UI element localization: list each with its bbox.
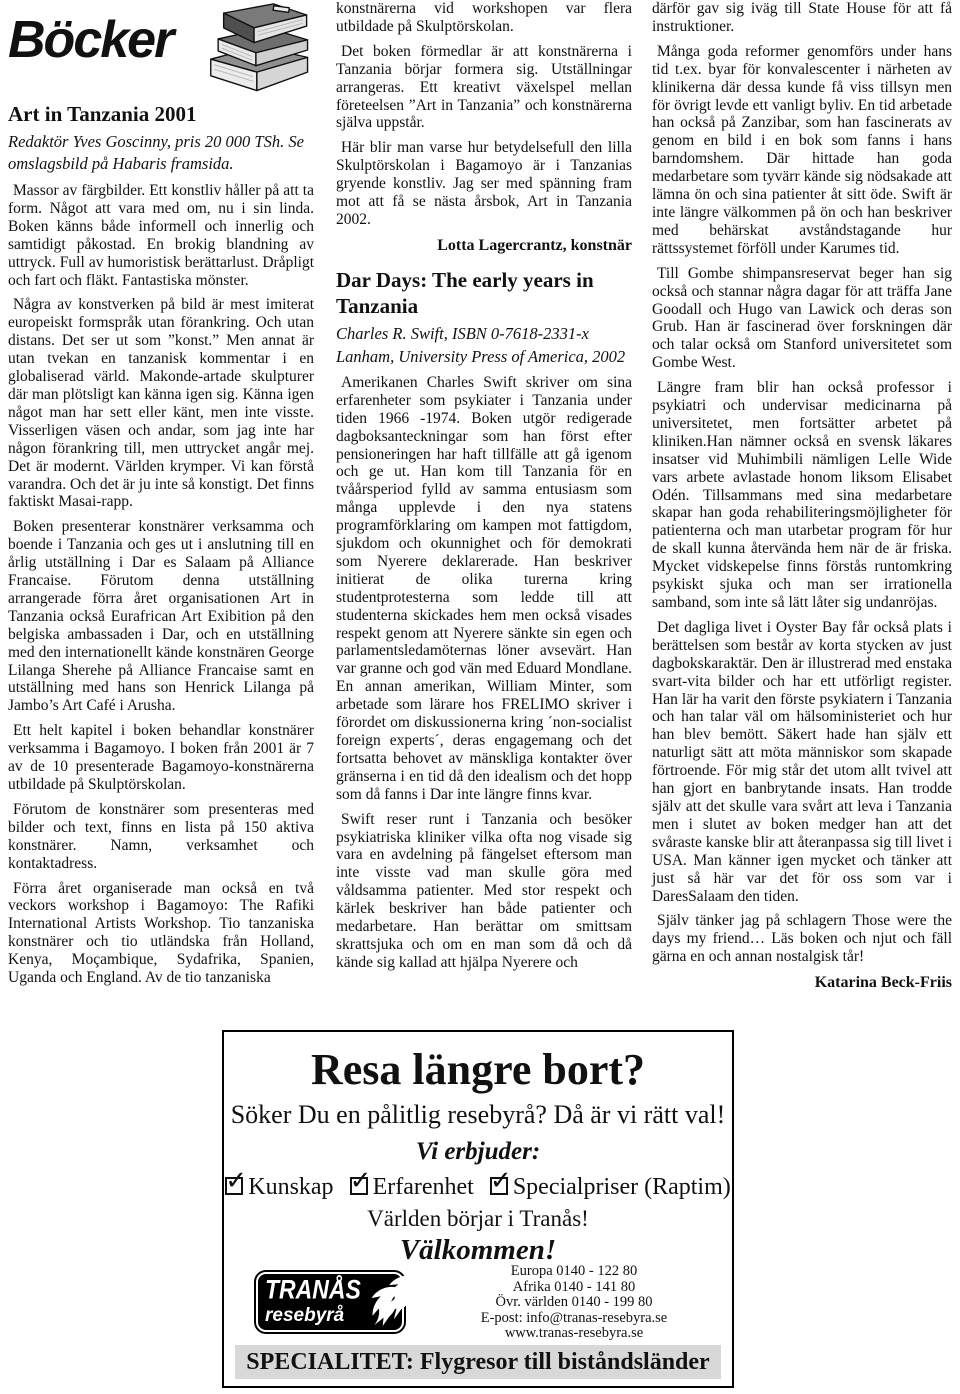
article-paragraph: Förra året organiserade man också en två… <box>8 880 314 987</box>
article-byline-publisher: Lanham, University Press of America, 200… <box>336 345 632 368</box>
article-paragraph: Här blir man varse hur betydelsefull den… <box>336 139 632 229</box>
article-paragraph: Massor av färgbilder. Ett konstliv hålle… <box>8 182 314 289</box>
tranas-resebyra-logo: TRANÅS resebyrå <box>254 1270 406 1334</box>
article-byline: Redaktör Yves Goscinny, pris 20 000 TSh.… <box>8 131 314 175</box>
article-signature: Katarina Beck-Friis <box>652 973 952 992</box>
article-paragraph: Många goda reformer genomförs under hans… <box>652 43 952 258</box>
checked-checkbox-icon <box>225 1177 243 1195</box>
section-title: Böcker <box>8 14 172 66</box>
ad-offer-item: Specialpriser (Raptim) <box>490 1173 731 1201</box>
checked-checkbox-icon <box>490 1177 508 1195</box>
ad-welcome: Välkommen! <box>224 1234 732 1266</box>
article-paragraph: Själv tänker jag på schlagern Those were… <box>652 912 952 966</box>
ad-phone-africa: Afrika 0140 - 141 80 <box>424 1280 724 1296</box>
article-paragraph: Det dagliga livet i Oyster Bay får också… <box>652 619 952 906</box>
travel-agency-ad: Resa längre bort? Söker Du en pålitlig r… <box>222 1030 734 1388</box>
article-paragraph: Några av konstverken på bild är mest imi… <box>8 296 314 511</box>
ad-email: E-post: info@tranas-resebyra.se <box>424 1311 724 1327</box>
ad-tagline: Världen börjar i Tranås! <box>224 1206 732 1232</box>
article-paragraph: Det boken förmedlar är att konstnärerna … <box>336 43 632 133</box>
ad-offer-item: Erfarenhet <box>350 1173 474 1201</box>
column-middle: konstnärerna vid workshopen var flera ut… <box>336 0 632 979</box>
article-paragraph: konstnärerna vid workshopen var flera ut… <box>336 0 632 36</box>
ad-phone-europe: Europa 0140 - 122 80 <box>424 1264 724 1280</box>
logo-subname: resebyrå <box>265 1306 361 1325</box>
swallow-birds-icon <box>363 1274 419 1331</box>
article-paragraph: Förutom de konstnärer som presenteras me… <box>8 801 314 873</box>
article-paragraph: Swift reser runt i Tanzania och besöker … <box>336 811 632 972</box>
newsletter-page: Böcker <box>0 0 960 1394</box>
logo-name: TRANÅS <box>265 1276 361 1302</box>
article-paragraph: Amerikanen Charles Swift skriver om sina… <box>336 374 632 804</box>
ad-phone-world: Övr. världen 0140 - 199 80 <box>424 1295 724 1311</box>
article-title-art-in-tanzania: Art in Tanzania 2001 <box>8 102 314 127</box>
article-paragraph: därför gav sig iväg till State House för… <box>652 0 952 36</box>
article-paragraph: Längre fram blir han också professor i p… <box>652 379 952 612</box>
ad-offer-label: Erfarenhet <box>373 1174 474 1200</box>
article-paragraph: Boken presenterar konstnärer verksamma o… <box>8 518 314 715</box>
ad-offers-title: Vi erbjuder: <box>224 1138 732 1166</box>
checked-checkbox-icon <box>350 1177 368 1195</box>
ad-specialty-banner: SPECIALITET: Flygresor till biståndsländ… <box>235 1345 721 1379</box>
ad-offer-label: Specialpriser (Raptim) <box>513 1174 731 1200</box>
article-paragraph: Till Gombe shimpansreservat beger han si… <box>652 265 952 372</box>
column-right: därför gav sig iväg till State House för… <box>652 0 952 1002</box>
ad-subheadline: Söker Du en pålitlig resebyrå? Då är vi … <box>224 1100 732 1130</box>
article-byline-isbn: Charles R. Swift, ISBN 0-7618-2331-x <box>336 322 632 345</box>
article-signature: Lotta Lagercrantz, konstnär <box>336 236 632 255</box>
ad-contact-block: Europa 0140 - 122 80 Afrika 0140 - 141 8… <box>424 1264 724 1342</box>
article-title-dar-days: Dar Days: The early years in Tanzania <box>336 267 632 319</box>
ad-offer-label: Kunskap <box>248 1174 333 1200</box>
ad-website: www.tranas-resebyra.se <box>424 1326 724 1342</box>
ad-offers-row: Kunskap Erfarenhet Specialpriser (Raptim… <box>224 1173 732 1201</box>
ad-offer-item: Kunskap <box>225 1173 333 1201</box>
books-stack-icon <box>196 2 314 103</box>
ad-headline: Resa längre bort? <box>224 1046 732 1094</box>
section-masthead: Böcker <box>8 0 314 100</box>
article-paragraph: Ett helt kapitel i boken behandlar konst… <box>8 722 314 794</box>
column-left: Böcker <box>8 0 314 994</box>
